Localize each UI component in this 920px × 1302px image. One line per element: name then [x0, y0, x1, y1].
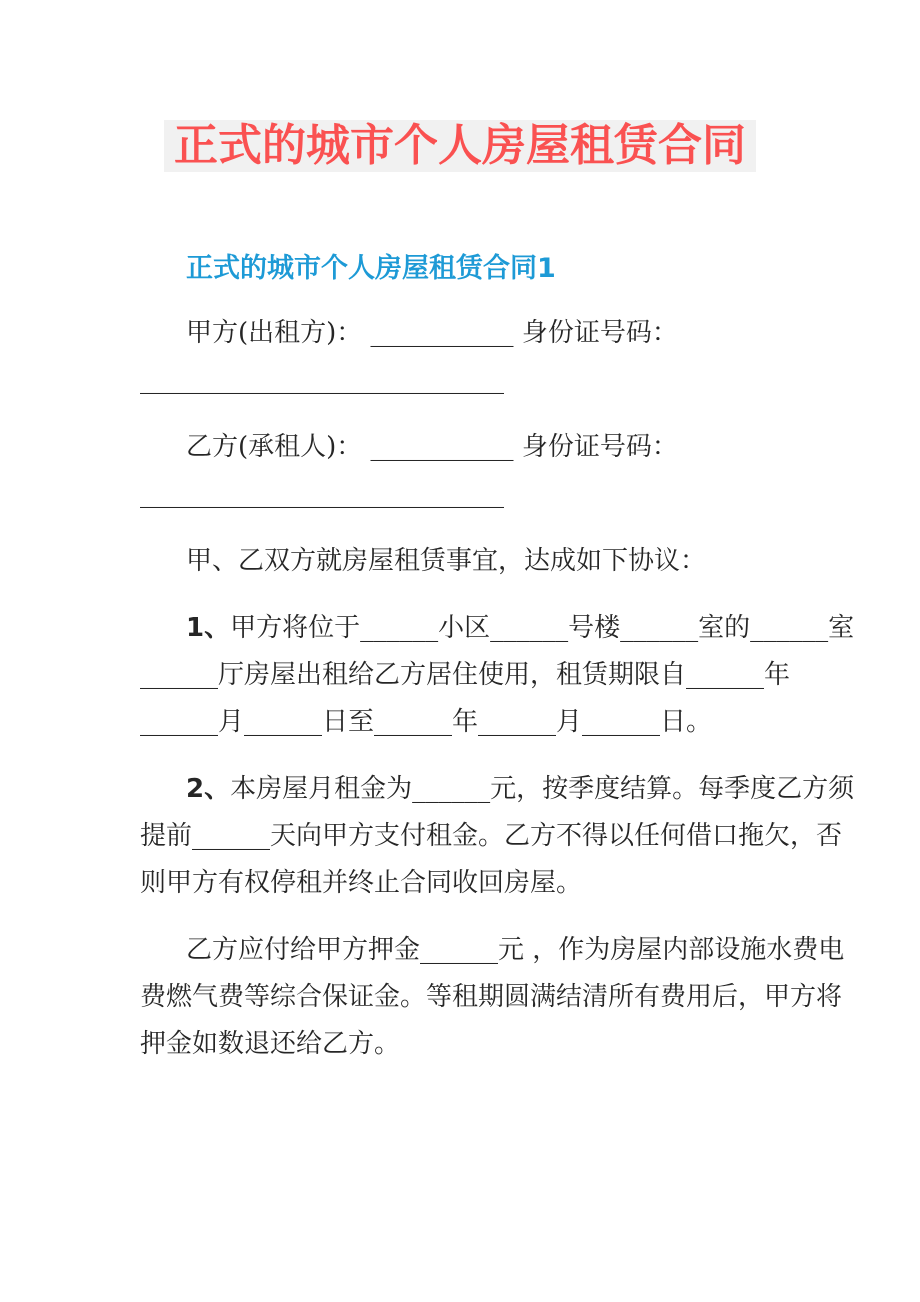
document-page: 正式的城市个人房屋租赁合同 正式的城市个人房屋租赁合同1 甲方(出租方)： __…	[0, 0, 920, 1302]
party-a-underline: ____________________________	[140, 357, 800, 404]
document-body: 甲方(出租方)： ___________ 身份证号码： ____________…	[140, 310, 800, 1068]
clause-2-number: 2、	[186, 774, 230, 804]
party-a-label-line: 甲方(出租方)： ___________ 身份证号码：	[140, 310, 800, 357]
paragraph-clause-2: 2、本房屋月租金为______元，按季度结算。每季度乙方须 提前______天向…	[140, 766, 800, 907]
clause-1-line: 1、甲方将位于______小区______号楼______室的______室	[140, 605, 800, 652]
deposit-line: 费燃气费等综合保证金。等租期圆满结清所有费用后，甲方将	[140, 974, 800, 1021]
section-heading: 正式的城市个人房屋租赁合同1	[186, 253, 920, 285]
paragraph-preamble: 甲、乙双方就房屋租赁事宜，达成如下协议：	[140, 538, 800, 585]
paragraph-party-b: 乙方(承租人)： ___________ 身份证号码： ____________…	[140, 424, 800, 518]
party-b-label-line: 乙方(承租人)： ___________ 身份证号码：	[140, 424, 800, 471]
party-b-underline: ____________________________	[140, 471, 800, 518]
deposit-line: 乙方应付给甲方押金______元 ，作为房屋内部设施水费电	[140, 927, 800, 974]
clause-1-line: ______月______日至______年______月______日。	[140, 699, 800, 746]
clause-1-text: 甲方将位于______小区______号楼______室的______室	[230, 613, 854, 643]
clause-1-number: 1、	[186, 613, 230, 643]
paragraph-party-a: 甲方(出租方)： ___________ 身份证号码： ____________…	[140, 310, 800, 404]
clause-2-line: 提前______天向甲方支付租金。乙方不得以任何借口拖欠，否	[140, 813, 800, 860]
deposit-line: 押金如数退还给乙方。	[140, 1021, 800, 1068]
paragraph-clause-1: 1、甲方将位于______小区______号楼______室的______室 _…	[140, 605, 800, 746]
clause-2-line: 则甲方有权停租并终止合同收回房屋。	[140, 860, 800, 907]
clause-2-line: 2、本房屋月租金为______元，按季度结算。每季度乙方须	[140, 766, 800, 813]
clause-1-line: ______厅房屋出租给乙方居住使用，租赁期限自______年	[140, 652, 800, 699]
title-row: 正式的城市个人房屋租赁合同	[0, 120, 920, 172]
preamble-line: 甲、乙双方就房屋租赁事宜，达成如下协议：	[140, 538, 800, 585]
clause-2-text: 本房屋月租金为______元，按季度结算。每季度乙方须	[230, 774, 854, 804]
paragraph-deposit: 乙方应付给甲方押金______元 ，作为房屋内部设施水费电 费燃气费等综合保证金…	[140, 927, 800, 1068]
document-title: 正式的城市个人房屋租赁合同	[164, 120, 756, 172]
